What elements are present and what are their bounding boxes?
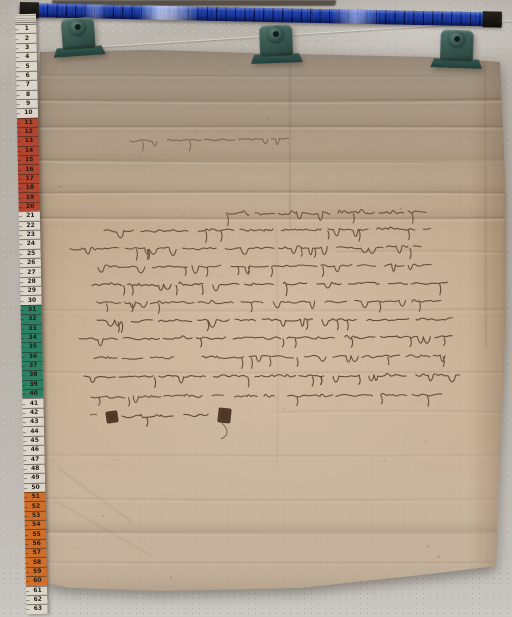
ruler-segment-number: 59: [33, 569, 41, 575]
ruler-segment-9: 9: [17, 99, 38, 109]
ruler-segment-52: 52: [24, 501, 45, 511]
tape-glare: [332, 9, 380, 24]
ruler-segment-42: 42: [23, 407, 44, 417]
clip-hole: [273, 31, 279, 37]
ruler-segment-number: 41: [30, 400, 38, 406]
ruler-segment-56: 56: [25, 538, 46, 548]
ruler-segment-45: 45: [23, 436, 44, 446]
ruler-segment-20: 20: [19, 202, 40, 212]
seal-stamp-1: [105, 410, 119, 424]
ruler-segment-number: 13: [25, 138, 33, 144]
manuscript-sheet-wrap: [36, 48, 506, 593]
ruler-segment-number: 17: [25, 176, 33, 182]
ruler-segment-number: 40: [30, 391, 38, 397]
ruler-segment-number: 19: [26, 195, 34, 201]
ruler-segment-number: 21: [26, 213, 34, 219]
ruler-segment-33: 33: [21, 323, 42, 333]
script-line-10: [94, 355, 445, 368]
ruler-segment-13: 13: [17, 136, 38, 146]
ruler-segment-53: 53: [25, 510, 46, 520]
ruler-segment-36: 36: [21, 351, 42, 361]
ruler-segment-30: 30: [20, 295, 41, 305]
seal-stamp-2: [217, 407, 231, 423]
ruler-segment-40: 40: [22, 389, 43, 399]
ruler-segment-3: 3: [16, 43, 37, 53]
ruler-segment-number: 46: [31, 447, 39, 453]
ruler-segment-35: 35: [21, 342, 42, 352]
fold-shading: [38, 205, 504, 218]
ruler-segment-number: 34: [28, 335, 36, 341]
ruler-segment-47: 47: [23, 454, 44, 464]
ruler-segment-number: 51: [32, 494, 40, 500]
ruler-segment-23: 23: [19, 230, 40, 240]
script-line-12: [91, 393, 442, 406]
ruler-segment-number: 50: [31, 485, 39, 491]
ruler-segment-24: 24: [19, 239, 40, 249]
ruler-segment-number: 30: [28, 297, 36, 303]
manuscript-surface: [36, 48, 506, 593]
ruler-segment-49: 49: [24, 473, 45, 483]
ruler-segment-44: 44: [23, 426, 44, 436]
ruler-segment-number: 47: [31, 457, 39, 463]
ruler-segment-60: 60: [26, 576, 47, 586]
ruler-segment-number: 4: [25, 54, 29, 60]
ruler-segment-54: 54: [25, 520, 46, 530]
ruler-segment-number: 43: [30, 419, 38, 425]
ruler-segment-28: 28: [20, 276, 41, 286]
ruler-segment-46: 46: [23, 445, 44, 455]
ruler-segment-number: 11: [24, 120, 32, 126]
ruler-segment-number: 28: [27, 279, 35, 285]
ruler-segment-number: 6: [26, 73, 30, 79]
ruler-segment-38: 38: [22, 370, 43, 380]
ruler-segment-number: 35: [29, 344, 37, 350]
ruler-segment-number: 7: [26, 82, 30, 88]
ruler-segment-number: 23: [26, 232, 34, 238]
manuscript-sheet: [36, 48, 506, 593]
ruler-segment-12: 12: [17, 127, 38, 137]
ruler-segment-2: 2: [15, 33, 36, 43]
ruler-segment-11: 11: [17, 117, 38, 127]
ruler-segment-number: 37: [29, 363, 37, 369]
ruler-segment-7: 7: [16, 80, 37, 90]
ruler-segment-22: 22: [19, 220, 40, 230]
ruler-segment-15: 15: [18, 155, 39, 165]
script-line-9: [79, 335, 452, 347]
fold-shading: [38, 87, 504, 100]
ruler-segment-number: 29: [28, 288, 36, 294]
script-line-11: [84, 374, 460, 388]
ruler-segment-number: 44: [30, 428, 38, 434]
ruler-segment-number: 55: [32, 531, 40, 537]
ruler-graduated-cap: [15, 14, 36, 25]
ruler-segment-18: 18: [18, 183, 39, 193]
clip-hole: [75, 24, 81, 30]
photo-scene: 1234567891011121314151617181920212223242…: [0, 0, 512, 617]
ruler-segment-6: 6: [16, 71, 37, 81]
ruler-segment-number: 31: [28, 307, 36, 313]
ruler-segment-63: 63: [26, 604, 47, 614]
ruler-segment-number: 36: [29, 354, 37, 360]
ruler-segment-37: 37: [22, 361, 43, 371]
ruler-segment-number: 45: [30, 438, 38, 444]
ruler-segment-48: 48: [24, 464, 45, 474]
ruler-segment-number: 15: [25, 157, 33, 163]
ruler-segment-number: 57: [33, 550, 41, 556]
ruler-segment-57: 57: [25, 548, 46, 558]
ruler-segment-number: 33: [28, 326, 36, 332]
ruler-segment-55: 55: [25, 529, 46, 539]
ruler-segment-number: 25: [27, 251, 35, 257]
tape-end-cap-right: [483, 11, 502, 27]
ruler-segment-number: 18: [26, 185, 34, 191]
script-line-5: [98, 264, 431, 277]
ruler-segment-number: 22: [26, 223, 34, 229]
ruler-segment-19: 19: [18, 192, 39, 202]
ruler-segment-number: 26: [27, 260, 35, 266]
seal-flourish: [221, 423, 227, 439]
tape-glare: [138, 5, 200, 20]
ruler-segment-number: 20: [26, 204, 34, 210]
ruler-segment-number: 62: [34, 597, 42, 603]
ruler-segment-number: 1: [25, 26, 29, 32]
ruler-segment-number: 61: [33, 588, 41, 594]
script-line-8: [97, 318, 452, 333]
ruler-segment-14: 14: [18, 145, 39, 155]
ruler-segment-number: 63: [34, 606, 42, 612]
ruler-segment-number: 27: [27, 269, 35, 275]
script-line-13: [122, 414, 208, 426]
fold-shading: [38, 147, 504, 160]
ruler-segment-number: 8: [26, 92, 30, 98]
ruler-segment-number: 3: [25, 45, 29, 51]
ruler-segment-number: 53: [32, 513, 40, 519]
binder-clip-1: [49, 4, 106, 58]
ink-mark: [90, 414, 97, 415]
ruler-segment-number: 49: [31, 475, 39, 481]
ruler-segment-number: 5: [25, 64, 29, 70]
ruler-segment-number: 42: [30, 410, 38, 416]
ruler-segment-number: 39: [29, 382, 37, 388]
clip-hole: [454, 36, 460, 42]
ruler-segment-32: 32: [21, 314, 42, 324]
ruler-segment-5: 5: [16, 61, 37, 71]
ruler-segment-43: 43: [23, 417, 44, 427]
ruler-segment-31: 31: [21, 305, 42, 315]
ruler-segment-number: 2: [25, 35, 29, 41]
ruler-segment-number: 9: [26, 101, 30, 107]
ruler-segment-number: 52: [32, 503, 40, 509]
ruler-segment-58: 58: [25, 557, 46, 567]
ruler-segment-number: 38: [29, 372, 37, 378]
ruler-segment-51: 51: [24, 492, 45, 502]
ruler-segment-16: 16: [18, 164, 39, 174]
ruler-segment-number: 32: [28, 316, 36, 322]
ruler-segment-17: 17: [18, 174, 39, 184]
ruler-segment-62: 62: [26, 595, 47, 605]
ruler-segment-26: 26: [20, 258, 41, 268]
ruler-segment-number: 16: [25, 166, 33, 172]
ruler-segment-8: 8: [16, 89, 37, 99]
ruler-segment-34: 34: [21, 333, 42, 343]
ruler-segment-4: 4: [16, 52, 37, 62]
ruler-segment-61: 61: [26, 585, 47, 595]
ruler-segment-number: 58: [33, 559, 41, 565]
ruler-segment-50: 50: [24, 482, 45, 492]
ruler-segment-number: 10: [24, 110, 32, 116]
ruler-segment-29: 29: [20, 286, 41, 296]
ruler-segment-25: 25: [20, 248, 41, 258]
ruler-segment-number: 12: [25, 129, 33, 135]
ruler-segment-21: 21: [19, 211, 40, 221]
ruler-segment-27: 27: [20, 267, 41, 277]
ruler-segment-number: 14: [25, 148, 33, 154]
fold-shading: [38, 114, 504, 127]
ruler-segment-number: 54: [32, 522, 40, 528]
ruler-segment-41: 41: [22, 398, 43, 408]
ruler-segment-number: 60: [33, 578, 41, 584]
ruler-segment-number: 56: [32, 541, 40, 547]
ruler-segment-39: 39: [22, 379, 43, 389]
script-line-6: [92, 282, 448, 296]
binder-clip-3: [429, 17, 485, 69]
ruler-segment-number: 24: [27, 241, 35, 247]
script-line-3: [104, 227, 430, 242]
ruler-segment-number: 48: [31, 466, 39, 472]
ruler-segment-59: 59: [26, 567, 47, 577]
binder-clip-2: [248, 12, 304, 64]
ruler-segment-10: 10: [17, 108, 38, 118]
